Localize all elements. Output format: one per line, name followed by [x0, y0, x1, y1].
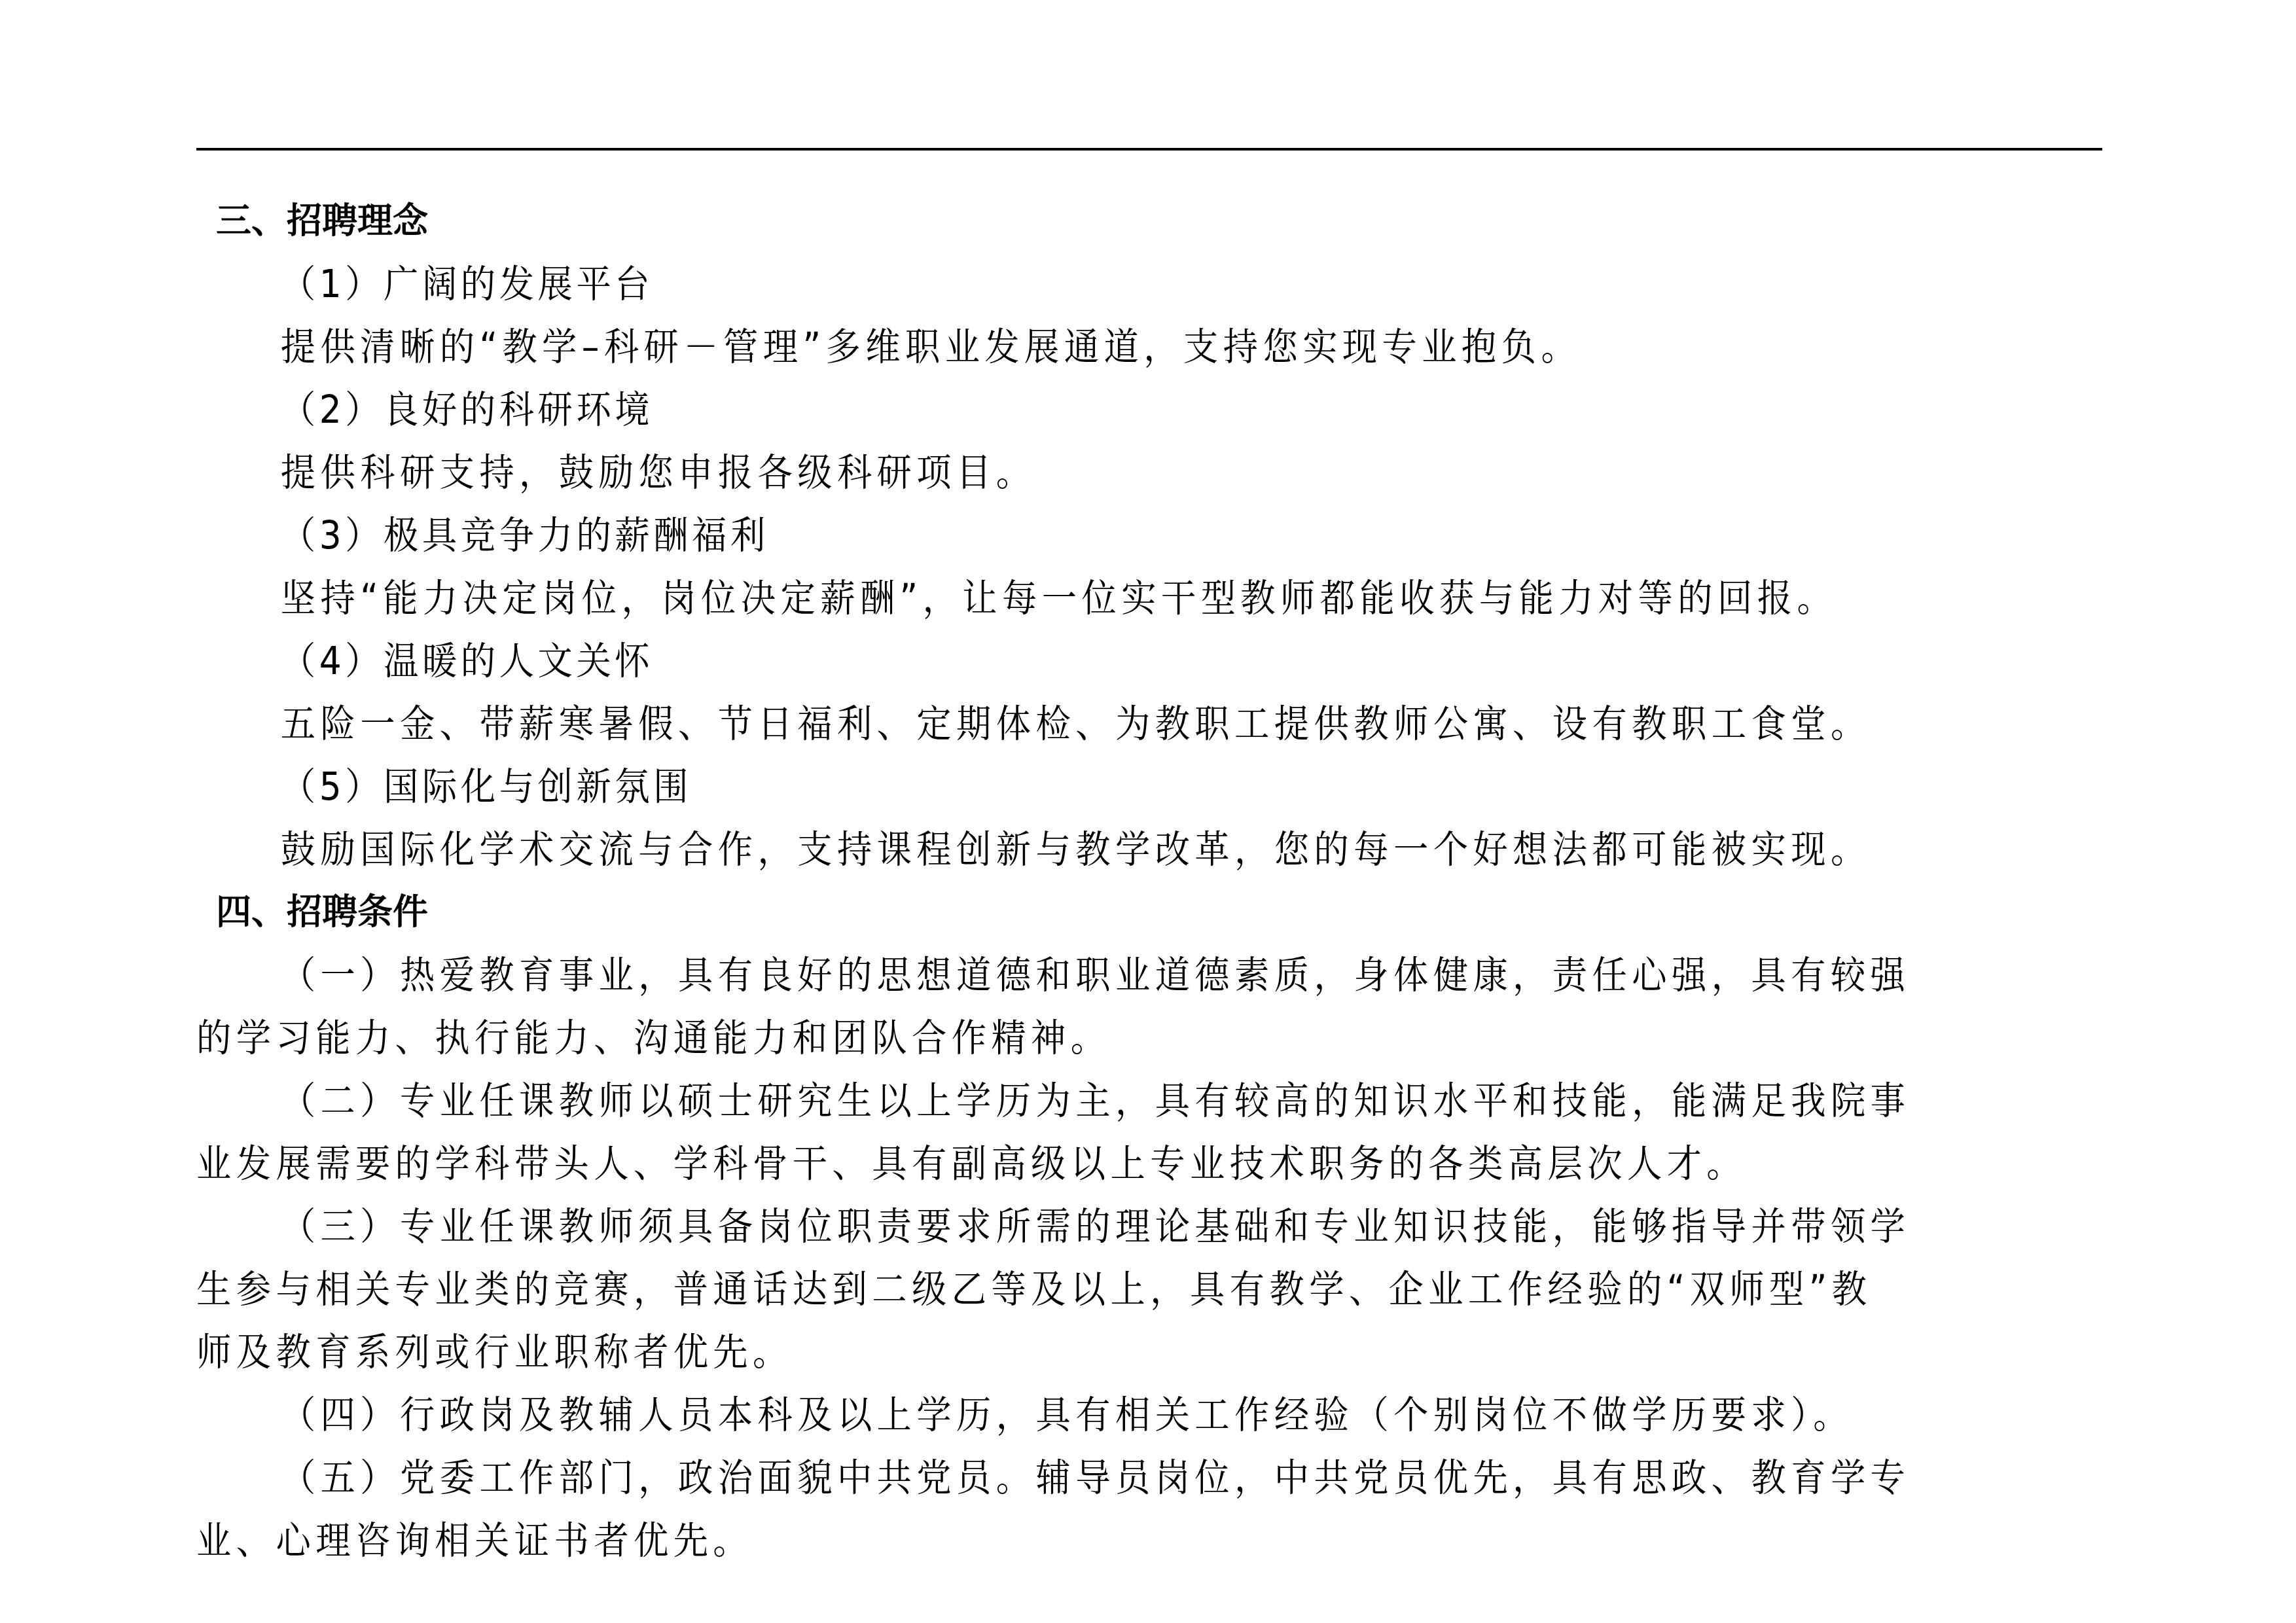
- item-text: 坚持“能力决定岗位，岗位决定薪酬”，让每一位实干型教师都能收获与能力对等的回报。: [196, 567, 1931, 630]
- paragraph-line: 业、心理咨询相关证书者优先。: [196, 1509, 1931, 1572]
- condition-paragraph-1: （一）热爱教育事业，具有良好的思想道德和职业道德素质，身体健康，责任心强，具有较…: [196, 944, 1931, 1069]
- item-title: （3）极具竞争力的薪酬福利: [196, 504, 1931, 567]
- condition-paragraph-2: （二）专业任课教师以硕士研究生以上学历为主，具有较高的知识水平和技能，能满足我院…: [196, 1069, 1931, 1195]
- paragraph-line: （四）行政岗及教辅人员本科及以上学历，具有相关工作经验（个别岗位不做学历要求）。: [196, 1383, 1931, 1446]
- paragraph-line: （二）专业任课教师以硕士研究生以上学历为主，具有较高的知识水平和技能，能满足我院…: [196, 1069, 1931, 1132]
- paragraph-line: 的学习能力、执行能力、沟通能力和团队合作精神。: [196, 1007, 1931, 1069]
- item-text: 提供科研支持，鼓励您申报各级科研项目。: [196, 441, 1931, 504]
- item-title: （5）国际化与创新氛围: [196, 755, 1931, 818]
- section-recruitment-conditions: 四、招聘条件 （一）热爱教育事业，具有良好的思想道德和职业道德素质，身体健康，责…: [196, 881, 2081, 1572]
- paragraph-line: （五）党委工作部门，政治面貌中共党员。辅导员岗位，中共党员优先，具有思政、教育学…: [196, 1446, 1931, 1509]
- section-heading: 三、招聘理念: [196, 190, 2081, 253]
- paragraph-line: 生参与相关专业类的竞赛，普通话达到二级乙等及以上，具有教学、企业工作经验的“双师…: [196, 1258, 1931, 1321]
- item-title: （1）广阔的发展平台: [196, 253, 1931, 315]
- condition-paragraph-3: （三）专业任课教师须具备岗位职责要求所需的理论基础和专业知识技能，能够指导并带领…: [196, 1195, 1931, 1383]
- section-heading: 四、招聘条件: [196, 881, 2081, 944]
- item-text: 鼓励国际化学术交流与合作，支持课程创新与教学改革，您的每一个好想法都可能被实现。: [196, 818, 1931, 881]
- header-rule: [196, 148, 2102, 151]
- condition-paragraph-4: （四）行政岗及教辅人员本科及以上学历，具有相关工作经验（个别岗位不做学历要求）。: [196, 1383, 1931, 1446]
- item-title: （4）温暖的人文关怀: [196, 630, 1931, 692]
- document-page: 三、招聘理念 （1）广阔的发展平台 提供清晰的“教学–科研－管理”多维职业发展通…: [196, 190, 2081, 1572]
- item-text: 提供清晰的“教学–科研－管理”多维职业发展通道，支持您实现专业抱负。: [196, 315, 1931, 378]
- paragraph-line: 师及教育系列或行业职称者优先。: [196, 1321, 1931, 1383]
- condition-paragraph-5: （五）党委工作部门，政治面貌中共党员。辅导员岗位，中共党员优先，具有思政、教育学…: [196, 1446, 1931, 1572]
- item-text: 五险一金、带薪寒暑假、节日福利、定期体检、为教职工提供教师公寓、设有教职工食堂。: [196, 692, 1931, 755]
- paragraph-line: （三）专业任课教师须具备岗位职责要求所需的理论基础和专业知识技能，能够指导并带领…: [196, 1195, 1931, 1258]
- item-title: （2）良好的科研环境: [196, 378, 1931, 441]
- paragraph-line: （一）热爱教育事业，具有良好的思想道德和职业道德素质，身体健康，责任心强，具有较…: [196, 944, 1931, 1007]
- section-recruitment-philosophy: 三、招聘理念 （1）广阔的发展平台 提供清晰的“教学–科研－管理”多维职业发展通…: [196, 190, 2081, 881]
- paragraph-line: 业发展需要的学科带头人、学科骨干、具有副高级以上专业技术职务的各类高层次人才。: [196, 1132, 1931, 1195]
